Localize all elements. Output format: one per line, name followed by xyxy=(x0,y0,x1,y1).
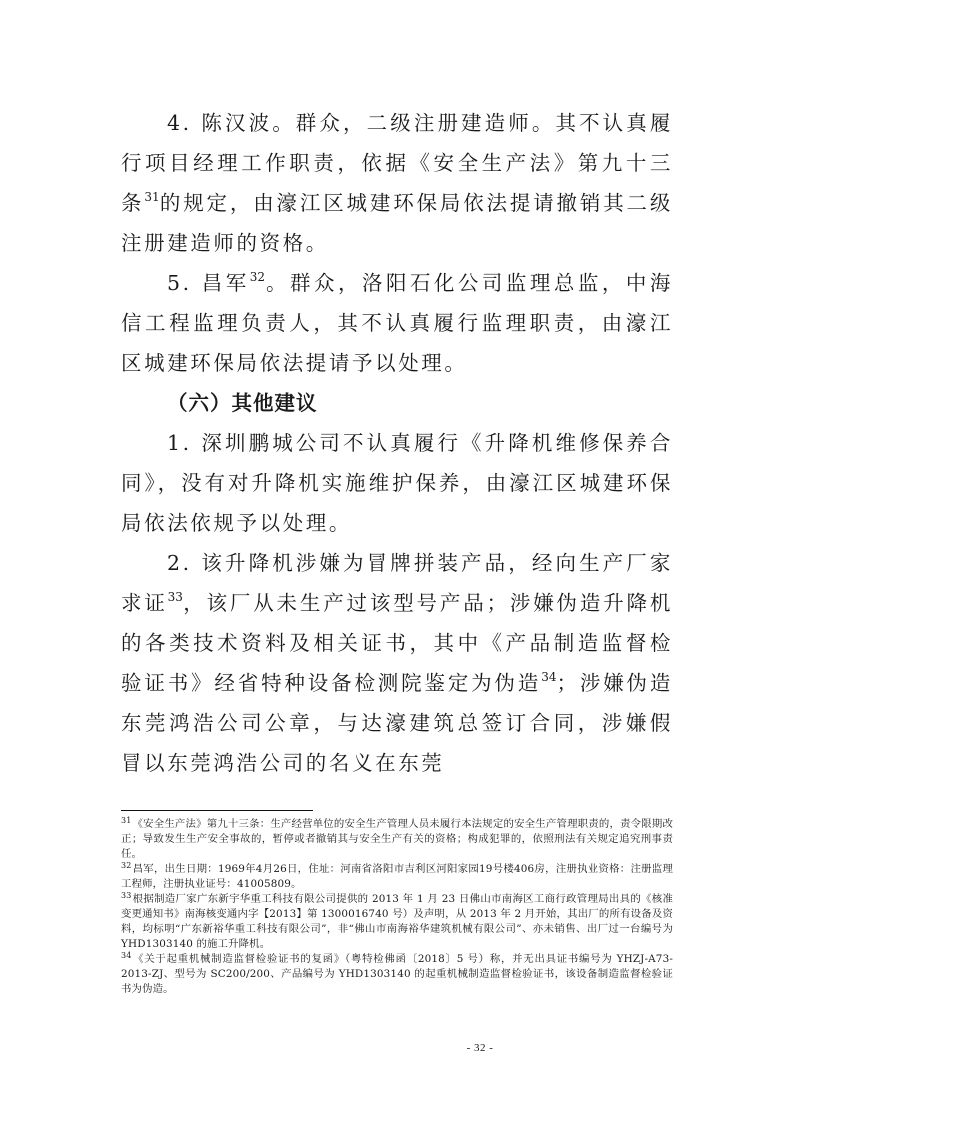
section-heading: （六）其他建议 xyxy=(121,383,673,423)
page-number: - 32 - xyxy=(0,1042,960,1054)
paragraph-item-5: 5. 昌军32。群众，洛阳石化公司监理总监，中海信工程监理负责人，其不认真履行监… xyxy=(121,263,673,383)
footnote-number: 34 xyxy=(121,951,131,960)
footnote-number: 31 xyxy=(121,816,131,825)
document-page: 4. 陈汉波。群众，二级注册建造师。其不认真履行项目经理工作职责，依据《安全生产… xyxy=(0,0,960,1122)
footnotes: 31《安全生产法》第九十三条：生产经营单位的安全生产管理人员未履行本法规定的安全… xyxy=(121,817,673,997)
footnote-text: 《安全生产法》第九十三条：生产经营单位的安全生产管理人员未履行本法规定的安全生产… xyxy=(121,818,673,860)
footnote-33: 33根据制造厂家广东新宇华重工科技有限公司提供的 2013 年 1 月 23 日… xyxy=(121,892,673,952)
footnote-ref-33[interactable]: 33 xyxy=(168,590,183,604)
body-text: 4. 陈汉波。群众，二级注册建造师。其不认真履行项目经理工作职责，依据《安全生产… xyxy=(121,103,673,783)
footnote-text: 根据制造厂家广东新宇华重工科技有限公司提供的 2013 年 1 月 23 日佛山… xyxy=(121,893,673,950)
footnote-text: 《关于起重机械制造监督检验证书的复函》（粤特检佛函〔2018〕5 号）称，并无出… xyxy=(121,953,673,995)
footnote-number: 32 xyxy=(121,861,131,870)
footnote-31: 31《安全生产法》第九十三条：生产经营单位的安全生产管理人员未履行本法规定的安全… xyxy=(121,817,673,862)
paragraph-text: 1. 深圳鹏城公司不认真履行《升降机维修保养合同》，没有对升降机实施维护保养，由… xyxy=(121,431,673,535)
footnote-ref-31[interactable]: 31 xyxy=(144,190,159,204)
paragraph-text: 5. 昌军 xyxy=(167,271,250,295)
paragraph-text: 的规定，由濠江区城建环保局依法提请撤销其二级注册建造师的资格。 xyxy=(121,191,673,255)
suggestion-item-1: 1. 深圳鹏城公司不认真履行《升降机维修保养合同》，没有对升降机实施维护保养，由… xyxy=(121,423,673,543)
footnote-34: 34《关于起重机械制造监督检验证书的复函》（粤特检佛函〔2018〕5 号）称，并… xyxy=(121,952,673,997)
footnote-text: 昌军，出生日期：1969年4月26日，住址：河南省洛阳市吉利区河阳家园19号楼4… xyxy=(121,863,673,890)
footnote-32: 32昌军，出生日期：1969年4月26日，住址：河南省洛阳市吉利区河阳家园19号… xyxy=(121,862,673,892)
paragraph-item-4: 4. 陈汉波。群众，二级注册建造师。其不认真履行项目经理工作职责，依据《安全生产… xyxy=(121,103,673,263)
footnote-ref-34[interactable]: 34 xyxy=(541,670,556,684)
suggestion-item-2: 2. 该升降机涉嫌为冒牌拼装产品，经向生产厂家求证33，该厂从未生产过该型号产品… xyxy=(121,543,673,783)
footnote-ref-32[interactable]: 32 xyxy=(250,270,265,284)
footnote-separator xyxy=(121,810,313,811)
footnote-number: 33 xyxy=(121,891,131,900)
